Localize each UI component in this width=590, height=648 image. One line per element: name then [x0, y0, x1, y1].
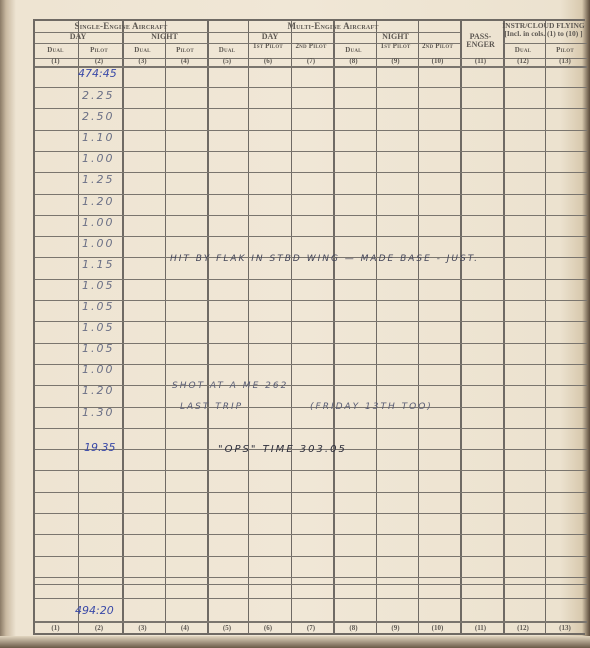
- column-label: 1st Pilot: [375, 43, 416, 50]
- row-rule: [35, 492, 587, 493]
- column-label: 2nd Pilot: [417, 43, 458, 50]
- me-day-heading: DAY: [208, 33, 332, 41]
- page-bottom-edge: [0, 636, 590, 648]
- row-rule: [35, 385, 587, 386]
- column-number: (6): [247, 57, 289, 65]
- column-number: (8): [333, 624, 374, 632]
- col-divider: [545, 21, 546, 633]
- column-number: (3): [122, 57, 163, 65]
- row-rule: [35, 279, 587, 280]
- row-rule: [35, 534, 587, 535]
- col-divider: [207, 21, 209, 633]
- column-label: Dual: [122, 47, 163, 54]
- col-divider: [460, 21, 462, 633]
- column-number: (1): [35, 624, 76, 632]
- column-label: Dual: [333, 47, 374, 54]
- row-rule: [35, 130, 587, 131]
- col-divider: [503, 21, 505, 633]
- pilot-time-entry: 1.05: [82, 321, 115, 334]
- pilot-time-entry: 2.50: [82, 110, 115, 123]
- subtotal: 19.35: [84, 441, 116, 454]
- column-number: (8): [333, 57, 374, 65]
- col-divider: [122, 21, 124, 633]
- instr-cloud-heading: INSTR/CLOUD FLYING [Incl. in cols. (1) t…: [502, 22, 585, 38]
- row-rule: [35, 343, 587, 344]
- pilot-time-entry: 2.25: [82, 89, 115, 102]
- pilot-time-entry: 1.10: [82, 131, 115, 144]
- col-divider: [165, 21, 166, 633]
- single-engine-heading: Single-Engine Aircraft: [35, 22, 207, 31]
- se-day-heading: DAY: [35, 33, 121, 41]
- column-label: Dual: [208, 47, 246, 54]
- row-rule: [35, 584, 587, 585]
- pilot-time-entry: 1.15: [82, 258, 115, 271]
- row-rule: [35, 300, 587, 301]
- footer-rule: [35, 621, 587, 623]
- column-number: (13): [545, 624, 585, 632]
- row-rule: [35, 321, 587, 322]
- note-me262: SHOT AT A ME 262: [172, 381, 288, 391]
- column-number: (2): [77, 57, 121, 65]
- row-rule: [35, 151, 587, 152]
- column-label: Dual: [502, 47, 544, 54]
- pilot-time-entry: 1.05: [82, 300, 115, 313]
- pilot-time-entry: 1.20: [82, 195, 115, 208]
- pilot-time-entry: 1.30: [82, 406, 115, 419]
- row-rule: [35, 364, 587, 365]
- pilot-time-entry: 1.25: [82, 173, 115, 186]
- note-friday: (FRIDAY 13TH TOO): [310, 402, 433, 412]
- grand-total: 494:20: [75, 604, 114, 617]
- column-number: (2): [77, 624, 121, 632]
- pilot-time-entry: 1.05: [82, 342, 115, 355]
- column-label: Pilot: [77, 47, 121, 54]
- column-number: (10): [417, 624, 458, 632]
- column-number: (7): [290, 624, 332, 632]
- column-number: (9): [375, 57, 416, 65]
- header-rule: [503, 43, 587, 44]
- header-rule: [35, 66, 587, 68]
- col-divider: [376, 21, 377, 633]
- row-rule: [35, 556, 587, 557]
- row-rule: [35, 87, 587, 88]
- me-night-heading: NIGHT: [333, 33, 458, 41]
- col-divider: [78, 21, 79, 633]
- pilot-time-entry: 1.05: [82, 279, 115, 292]
- note-last-trip: LAST TRIP: [180, 402, 243, 412]
- pilot-time-entry: 1.20: [82, 384, 115, 397]
- column-number: (1): [35, 57, 76, 65]
- column-label: Dual: [35, 47, 76, 54]
- row-rule: [35, 215, 587, 216]
- brought-forward-total: 474:45: [78, 67, 117, 80]
- column-number: (4): [164, 57, 206, 65]
- column-number: (7): [290, 57, 332, 65]
- row-rule: [35, 194, 587, 195]
- row-rule: [35, 513, 587, 514]
- col-divider: [333, 21, 335, 633]
- note-ops-time: "OPS" TIME 303.05: [218, 444, 347, 455]
- passenger-heading: PASS-ENGER: [460, 33, 501, 50]
- column-number: (3): [122, 624, 163, 632]
- column-label: Pilot: [545, 47, 585, 54]
- column-label: 2nd Pilot: [290, 43, 332, 50]
- column-number: (5): [208, 624, 246, 632]
- column-number: (10): [417, 57, 458, 65]
- column-label: 1st Pilot: [247, 43, 289, 50]
- row-rule: [35, 108, 587, 109]
- pilot-time-entry: 1.00: [82, 152, 115, 165]
- row-rule: [35, 172, 587, 173]
- row-rule: [35, 428, 587, 429]
- column-label: Pilot: [164, 47, 206, 54]
- col-divider: [248, 21, 249, 633]
- column-number: (13): [545, 57, 585, 65]
- column-number: (12): [502, 624, 544, 632]
- col-divider: [418, 21, 419, 633]
- pilot-time-entry: 1.00: [82, 216, 115, 229]
- column-number: (4): [164, 624, 206, 632]
- pilot-time-entry: 1.00: [82, 237, 115, 250]
- multi-engine-heading: Multi-Engine Aircraft: [208, 22, 458, 31]
- row-rule: [35, 577, 587, 578]
- pilot-time-entry: 1.00: [82, 363, 115, 376]
- column-number: (5): [208, 57, 246, 65]
- column-number: (9): [375, 624, 416, 632]
- row-rule: [35, 598, 587, 599]
- col-divider: [291, 21, 292, 633]
- row-rule: [35, 470, 587, 471]
- se-night-heading: NIGHT: [122, 33, 207, 41]
- note-flak: HIT BY FLAK IN STBD WING — MADE BASE - J…: [170, 254, 479, 264]
- column-number: (12): [502, 57, 544, 65]
- column-number: (11): [460, 624, 501, 632]
- row-rule: [35, 236, 587, 237]
- column-number: (11): [460, 57, 501, 65]
- logbook-grid: [33, 19, 585, 635]
- column-number: (6): [247, 624, 289, 632]
